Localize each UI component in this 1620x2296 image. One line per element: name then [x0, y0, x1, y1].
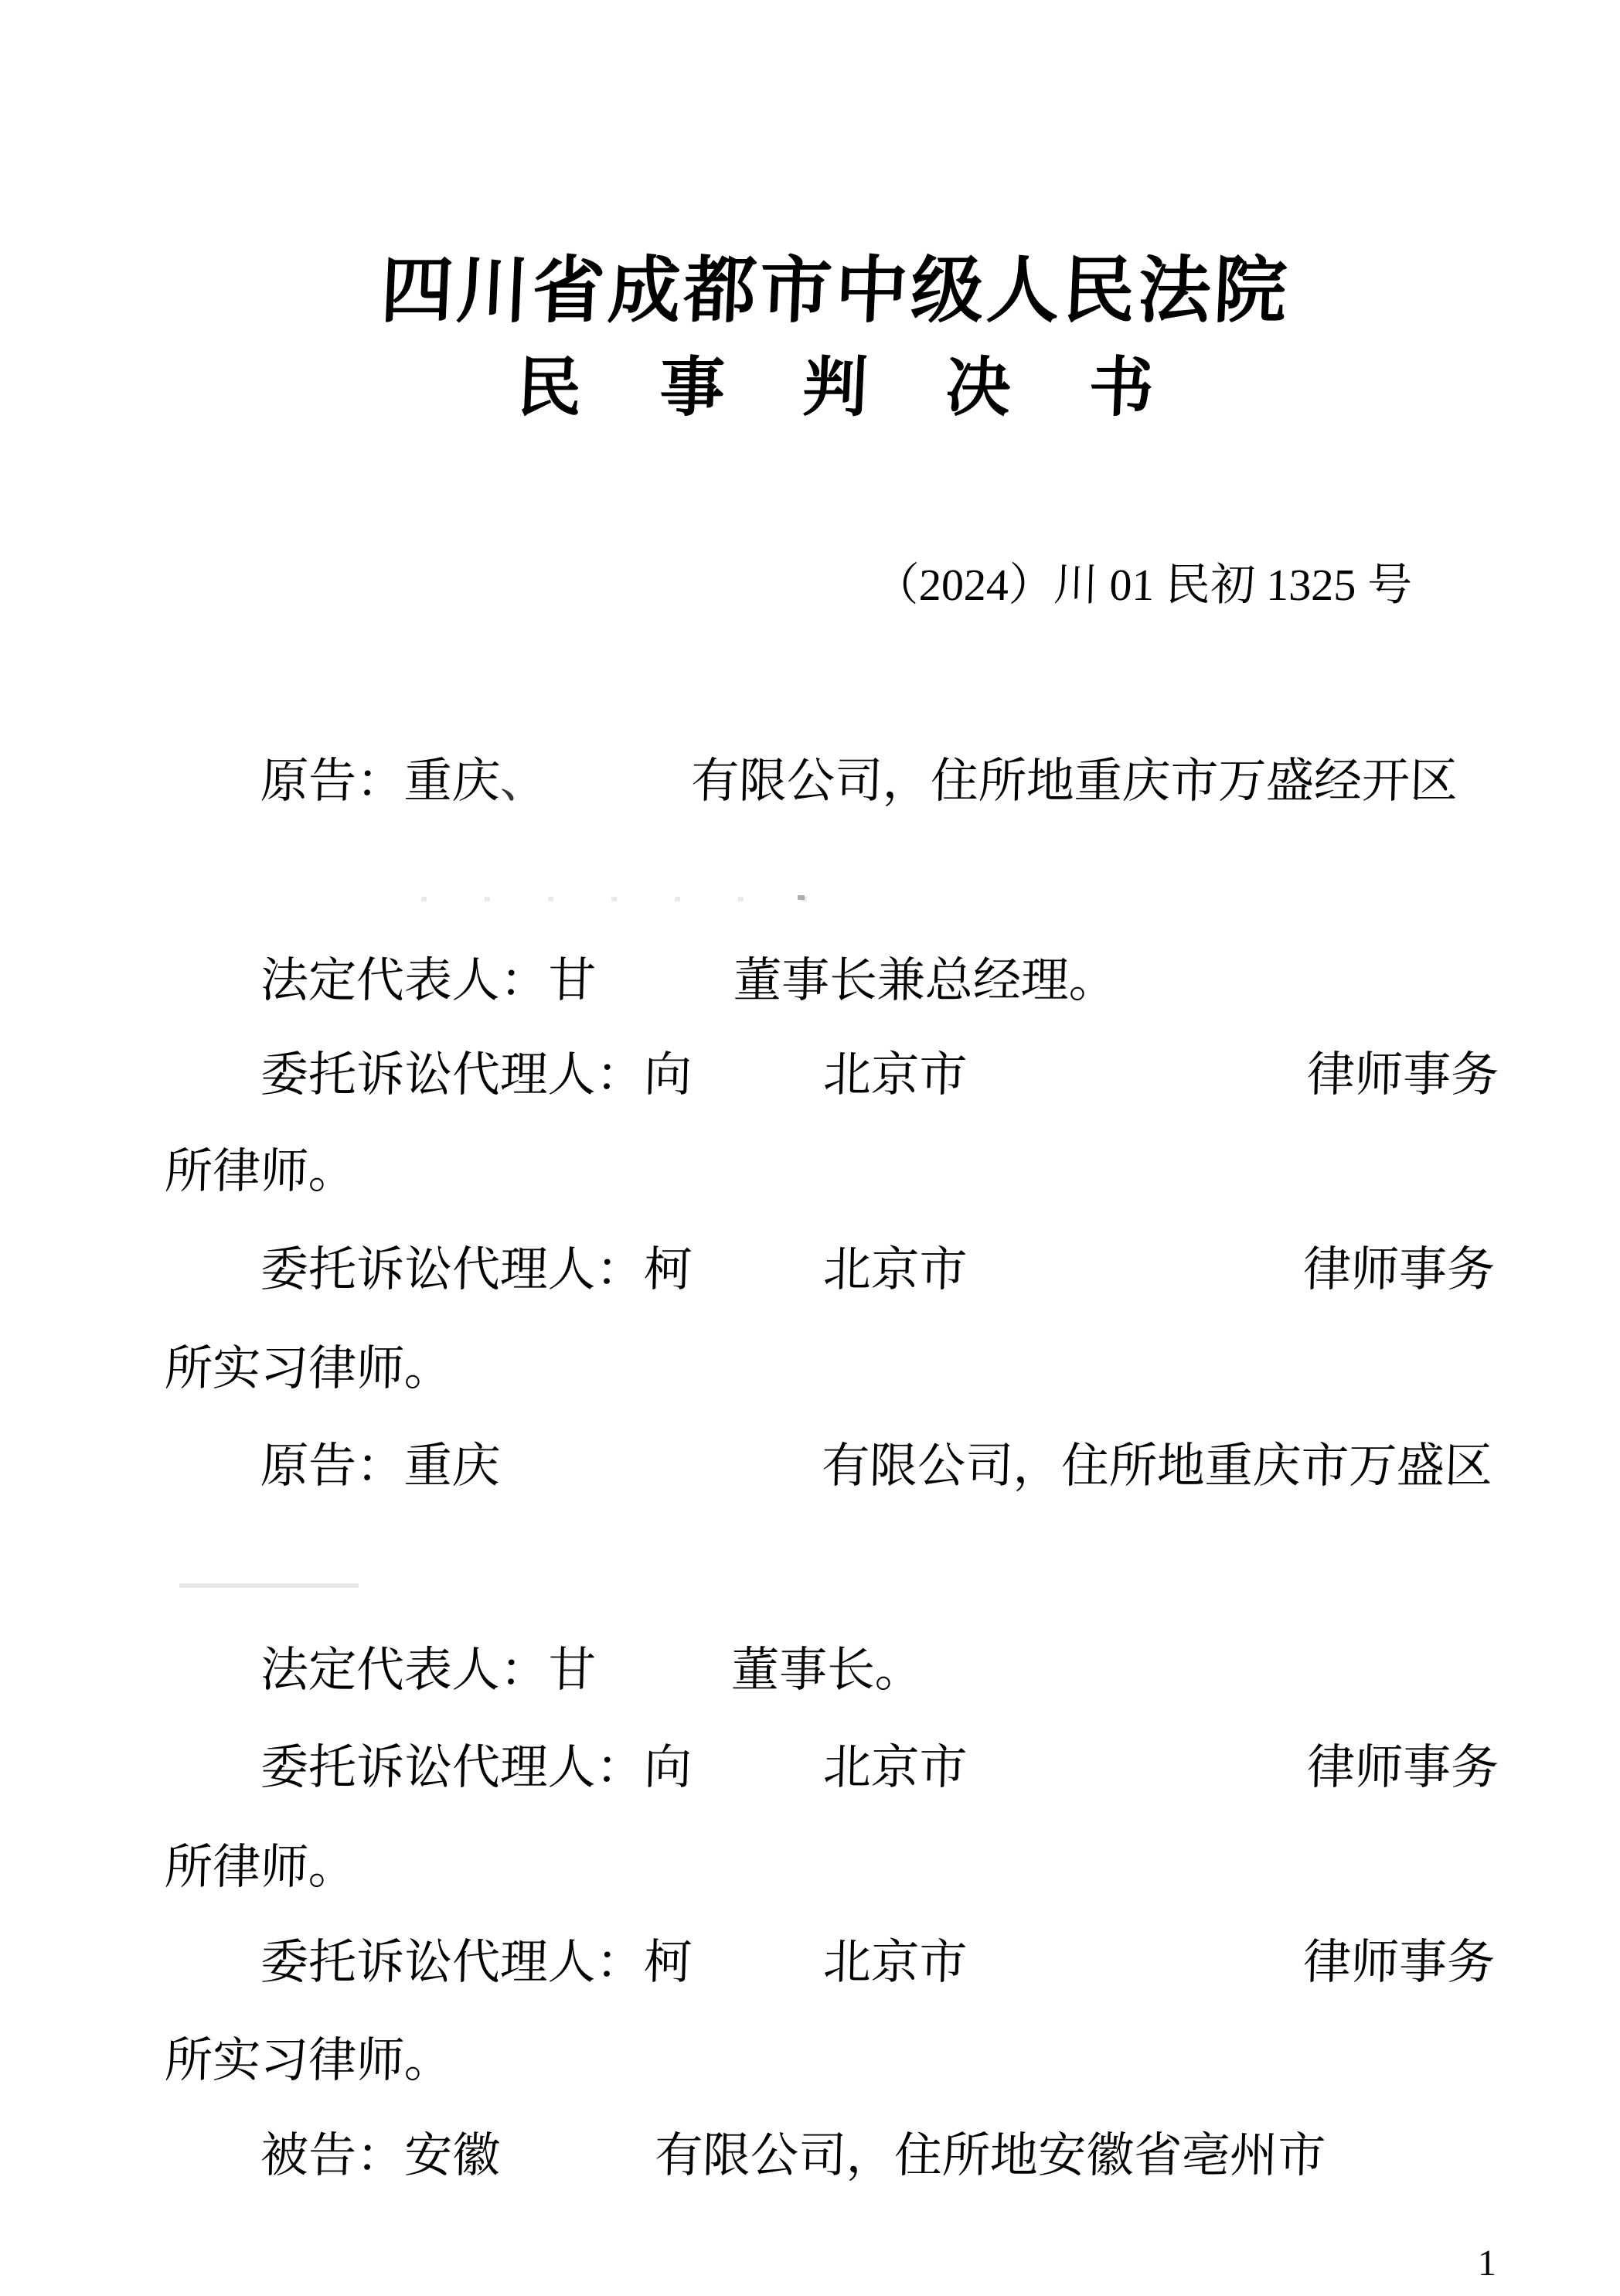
- legal-rep-1-prefix: 法定代表人：甘: [260, 955, 597, 1007]
- agent-2-line: 委托诉讼代理人：柯北京市律师事务: [164, 1240, 1496, 1300]
- agent-3-continuation-line: 所律师。: [164, 1838, 357, 1898]
- redacted-gap: [692, 1783, 823, 1783]
- redacted-gap: [548, 796, 691, 797]
- redacted-gap: [967, 1783, 1307, 1783]
- defendant-prefix: 被告：安徽: [260, 2130, 501, 2182]
- document-type-title: 民 事 判 决 书: [162, 336, 1509, 429]
- agent-2-prefix: 委托诉讼代理人：柯: [260, 1244, 693, 1296]
- agent-1-firm: 律师事务: [1306, 1049, 1499, 1102]
- legal-representative-1-line: 法定代表人：甘董事长兼总经理。: [164, 951, 1118, 1011]
- agent-3-firm: 律师事务: [1306, 1742, 1499, 1794]
- page-number: 1: [1478, 2242, 1496, 2284]
- redacted-gap: [692, 1977, 823, 1978]
- agent-1-line: 委托诉讼代理人：向北京市律师事务: [164, 1045, 1499, 1105]
- erased-text-smudge: [421, 897, 808, 901]
- redaction-remnant-comma: 、: [499, 755, 549, 808]
- agent-4-continuation-line: 所实习律师。: [164, 2031, 453, 2091]
- agent-4-firm: 律师事务: [1302, 1937, 1496, 1989]
- agent-4-continuation: 所实习律师。: [164, 2035, 453, 2087]
- plaintiff-1-address: 有限公司，住所地重庆市万盛经开区: [690, 755, 1458, 808]
- agent-1-city: 北京市: [822, 1049, 968, 1102]
- agent-3-line: 委托诉讼代理人：向北京市律师事务: [164, 1738, 1499, 1798]
- redacted-gap: [596, 1685, 731, 1686]
- defendant-address: 有限公司，住所地安徽省亳州市: [654, 2130, 1326, 2182]
- agent-4-prefix: 委托诉讼代理人：柯: [260, 1937, 693, 1989]
- erased-text-smudge: [179, 1583, 359, 1588]
- agent-2-city: 北京市: [822, 1244, 968, 1296]
- erased-text-speck: [798, 895, 805, 900]
- court-name-title: 四川省成都市中级人民法院: [162, 232, 1509, 336]
- agent-3-prefix: 委托诉讼代理人：向: [260, 1742, 693, 1794]
- agent-1-continuation: 所律师。: [164, 1146, 357, 1198]
- plaintiff-2-line: 原告：重庆有限公司，住所地重庆市万盛区: [164, 1436, 1493, 1497]
- judgment-page: 四川省成都市中级人民法院 民 事 判 决 书 （2024）川 01 民初 132…: [0, 0, 1620, 2296]
- plaintiff-2-prefix: 原告：重庆: [260, 1440, 501, 1493]
- agent-3-continuation: 所律师。: [164, 1841, 357, 1894]
- defendant-line: 被告：安徽有限公司，住所地安徽省亳州市: [164, 2126, 1326, 2186]
- redacted-gap: [692, 1090, 823, 1091]
- agent-2-firm: 律师事务: [1302, 1244, 1496, 1296]
- plaintiff-1-prefix: 原告：重庆: [260, 755, 501, 808]
- agent-2-continuation-line: 所实习律师。: [164, 1339, 453, 1399]
- legal-rep-1-title: 董事长兼总经理。: [733, 955, 1118, 1007]
- redacted-gap: [500, 1481, 822, 1482]
- redacted-gap: [500, 2171, 655, 2172]
- plaintiff-2-address: 有限公司，住所地重庆市万盛区: [821, 1440, 1493, 1493]
- agent-1-continuation-line: 所律师。: [164, 1142, 357, 1202]
- agent-3-city: 北京市: [822, 1742, 968, 1794]
- agent-1-prefix: 委托诉讼代理人：向: [260, 1049, 693, 1102]
- agent-4-line: 委托诉讼代理人：柯北京市律师事务: [164, 1933, 1496, 1993]
- redacted-gap: [967, 1285, 1303, 1286]
- legal-rep-2-prefix: 法定代表人：甘: [260, 1644, 597, 1697]
- case-number: （2024）川 01 民初 1325 号: [873, 558, 1413, 612]
- agent-2-continuation: 所实习律师。: [164, 1343, 453, 1395]
- legal-rep-2-title: 董事长。: [730, 1644, 924, 1697]
- redacted-gap: [596, 996, 733, 996]
- redacted-gap: [692, 1285, 823, 1286]
- agent-4-city: 北京市: [822, 1937, 968, 1989]
- redacted-gap: [967, 1090, 1307, 1091]
- plaintiff-1-line: 原告：重庆、有限公司，住所地重庆市万盛经开区: [164, 751, 1458, 812]
- redacted-gap: [967, 1977, 1303, 1978]
- legal-representative-2-line: 法定代表人：甘董事长。: [164, 1640, 924, 1701]
